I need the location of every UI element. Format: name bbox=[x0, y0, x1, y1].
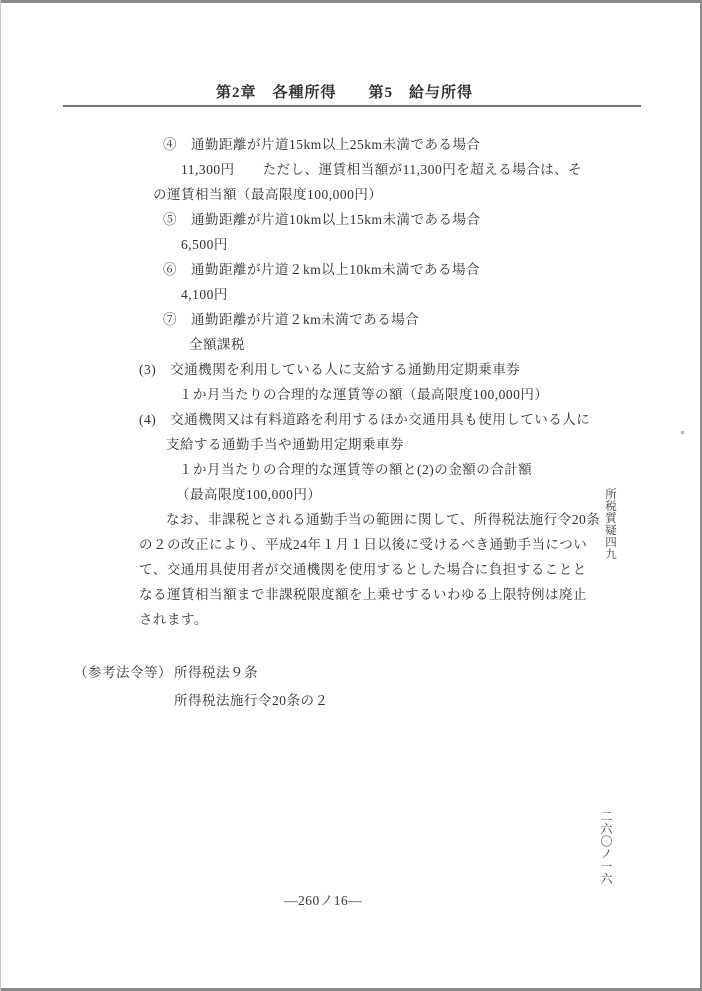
item-6-amount: 4,100円 bbox=[181, 286, 228, 303]
scan-speck bbox=[681, 431, 684, 434]
note-paragraph-line4: なる運賃相当額まで非課税限度額を上乗せするいわゆる上限特例は廃止 bbox=[139, 586, 587, 603]
reference-law-1: 所得税法９条 bbox=[174, 661, 258, 681]
right-margin-label-bottom: 二六〇ノ一六 bbox=[598, 810, 615, 885]
top-edge-bar bbox=[1, 0, 702, 3]
item-paren-4-detail: １か月当たりの合理的な運賃等の額と(2)の金額の合計額 bbox=[179, 461, 532, 478]
list-item-paren-3: (3) 交通機関を利用している人に支給する通勤用定期乗車券 bbox=[139, 361, 520, 378]
item-4-amount-line: 11,300円 ただし、運賃相当額が11,300円を超える場合は、そ bbox=[181, 161, 582, 178]
item-5-amount: 6,500円 bbox=[181, 236, 228, 253]
header-rule bbox=[63, 105, 641, 107]
list-item-6-circled: ⑥ 通勤距離が片道２km以上10km未満である場合 bbox=[163, 261, 480, 278]
right-margin-label-top: 所税質疑四九 bbox=[602, 488, 618, 560]
note-paragraph-line3: て、交通用具使用者が交通機関を使用するとした場合に負担することと bbox=[139, 561, 587, 578]
note-paragraph-line1: なお、非課税とされる通勤手当の範囲に関して、所得税法施行令20条 bbox=[166, 511, 600, 528]
item-paren-4-limit: （最高限度100,000円） bbox=[176, 486, 321, 503]
reference-law-2: 所得税法施行令20条の２ bbox=[174, 689, 329, 709]
page-number: ―260ノ16― bbox=[284, 889, 362, 909]
note-paragraph-line5: されます。 bbox=[139, 611, 208, 628]
list-item-5-circled: ⑤ 通勤距離が片道10km以上15km未満である場合 bbox=[163, 211, 481, 228]
note-paragraph-line2: の２の改正により、平成24年１月１日以後に受けるべき通勤手当につい bbox=[139, 536, 587, 553]
list-item-paren-4: (4) 交通機関又は有料道路を利用するほか交通用具も使用している人に bbox=[139, 411, 590, 428]
item-paren-3-detail: １か月当たりの合理的な運賃等の額（最高限度100,000円） bbox=[179, 386, 548, 403]
list-item-7-circled: ⑦ 通勤距離が片道２km未満である場合 bbox=[163, 311, 419, 328]
page-header: 第2章 各種所得 第5 給与所得 bbox=[216, 81, 473, 102]
list-item-4-circled: ④ 通勤距離が片道15km以上25km未満である場合 bbox=[163, 136, 481, 153]
item-paren-4-line2: 支給する通勤手当や通勤用定期乗車券 bbox=[166, 436, 404, 453]
reference-laws-label: （参考法令等） bbox=[74, 661, 172, 681]
scanned-page: 第2章 各種所得 第5 給与所得 ④ 通勤距離が片道15km以上25km未満であ… bbox=[0, 0, 702, 991]
item-4-amount-continuation: の運賃相当額（最高限度100,000円） bbox=[153, 186, 382, 203]
item-7-amount: 全額課税 bbox=[189, 336, 245, 353]
